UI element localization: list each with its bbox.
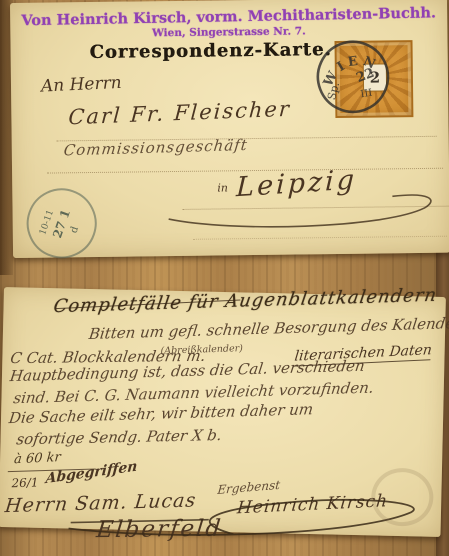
address-city-prefix: in [217, 182, 228, 193]
postcard-back: Completfälle für Augenblattkalendern Bit… [0, 287, 446, 537]
postmark-code: III [360, 88, 373, 101]
postmark-city: WIEN [315, 45, 385, 94]
date-note: 26/1 [11, 476, 38, 489]
postcard-front: Von Heinrich Kirsch, vorm. Mechithariste… [10, 0, 449, 258]
price-note: à 60 kr [13, 451, 61, 466]
address-dotted-line-4 [193, 236, 447, 240]
addressee-line: Herrn Sam. Lucas [4, 491, 197, 516]
ink-smudge [371, 467, 434, 526]
struck-city: Elberfeld [95, 518, 223, 543]
address-city: Leipzig [236, 166, 358, 201]
signature: Heinrich Kirsch [236, 493, 389, 517]
address-recipient: Carl Fr. Fleischer [68, 99, 292, 129]
message-line-2: Bitten um gefl. schnelle Besorgung des K… [88, 316, 449, 342]
address-salutation: An Herrn [41, 75, 122, 96]
message-line-1: Completfälle für Augenblattkalendern [52, 287, 438, 316]
closing-word: Ergebenst [217, 479, 281, 496]
address-dotted-line-3 [183, 206, 449, 210]
message-line-7: sofortige Sendg. Pater X b. [16, 428, 223, 447]
svg-text:WIEN: WIEN [315, 45, 385, 94]
message-line-3-note: (Abreißkalender) [160, 344, 243, 356]
address-business: Commissionsgeschäft [63, 138, 249, 159]
arrival-letter: d [69, 225, 81, 235]
message-line-5: sind. Bei C. G. Naumann vielleicht vorzu… [13, 381, 375, 407]
photo-of-postcards: Von Heinrich Kirsch, vorm. Mechithariste… [0, 0, 449, 556]
arrival-postmark: 10-11 27 1 d [17, 179, 106, 268]
